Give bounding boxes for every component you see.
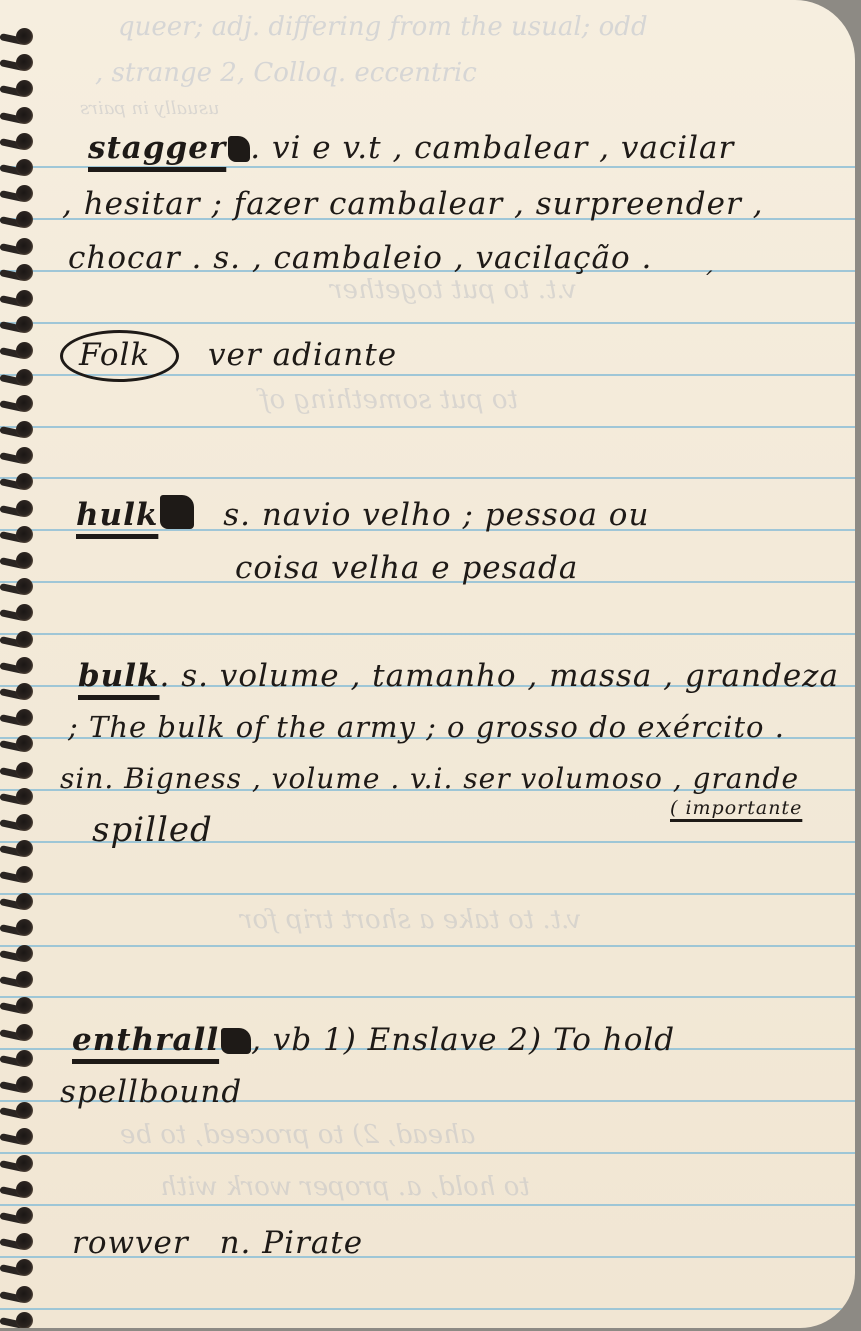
ruled-line <box>0 166 855 168</box>
spiral-ring-icon <box>0 709 40 727</box>
spiral-ring-icon <box>0 997 40 1015</box>
ruled-line <box>0 1204 855 1206</box>
entry-hulk: hulk s. navio velho ; pessoa ou <box>76 495 649 533</box>
spiral-ring-icon <box>0 735 40 753</box>
definition-line: , vb 1) Enslave 2) To hold <box>251 1022 675 1058</box>
spiral-ring-icon <box>0 814 40 832</box>
spiral-ring-icon <box>0 107 40 125</box>
ruled-line <box>0 893 855 895</box>
definition-line: . vi e v.t , cambalear , vacilar <box>250 130 734 166</box>
spiral-ring-icon <box>0 264 40 282</box>
notebook-page: queer; adj. differing from the usual; od… <box>0 0 855 1328</box>
spiral-ring-icon <box>0 1233 40 1251</box>
bleed-through-mirrored: to put something of <box>260 385 518 415</box>
spiral-ring-icon <box>0 395 40 413</box>
spiral-ring-icon <box>0 657 40 675</box>
spiral-ring-icon <box>0 1312 40 1328</box>
headword-circled: Folk <box>60 330 179 382</box>
headword: hulk <box>76 497 158 533</box>
headword: enthrall <box>72 1022 219 1058</box>
definition-line: spellbound <box>60 1074 242 1110</box>
ruled-line <box>0 996 855 998</box>
ruled-line <box>0 322 855 324</box>
spiral-ring-icon <box>0 1128 40 1146</box>
spiral-ring-icon <box>0 526 40 544</box>
definition-line: coisa velha e pesada <box>235 550 578 586</box>
ruled-line <box>0 945 855 947</box>
spiral-ring-icon <box>0 552 40 570</box>
spiral-ring-icon <box>0 1102 40 1120</box>
entry-bulk: bulk. s. volume , tamanho , massa , gran… <box>78 658 839 694</box>
spiral-ring-icon <box>0 762 40 780</box>
bleed-through-line: , strange 2, Colloq. eccentric <box>95 58 477 88</box>
ruled-line <box>0 1152 855 1154</box>
bleed-through-mirrored: to hold, a. proper work with <box>160 1172 530 1202</box>
ruled-line <box>0 426 855 428</box>
bleed-through-mirrored: v.t. to put together <box>330 275 576 305</box>
ruled-line <box>0 477 855 479</box>
bleed-through-line: queer; adj. differing from the usual; od… <box>118 12 648 42</box>
entry-spilled: spilled <box>92 810 213 850</box>
headword: rowver <box>72 1225 189 1261</box>
definition-line: , hesitar ; fazer cambalear , surpreende… <box>62 186 763 222</box>
spiral-ring-icon <box>0 211 40 229</box>
crossed-out-mark <box>221 1028 251 1054</box>
crossed-out-mark <box>228 136 250 162</box>
entry-stagger: stagger. vi e v.t , cambalear , vacilar <box>88 130 734 166</box>
continuation-note: ( importante <box>670 797 802 819</box>
spiral-ring-icon <box>0 447 40 465</box>
definition-line: ver adiante <box>208 337 397 373</box>
spiral-ring-icon <box>0 80 40 98</box>
spiral-ring-icon <box>0 316 40 334</box>
headword: bulk <box>78 658 159 694</box>
spiral-ring-icon <box>0 1207 40 1225</box>
spiral-ring-icon <box>0 185 40 203</box>
definition-line: sin. Bigness , volume . v.i. ser volumos… <box>60 762 799 795</box>
spiral-ring-icon <box>0 54 40 72</box>
accent-mark: ´ <box>700 268 713 296</box>
bleed-through-mirrored: ahead, 2) to proceed, to be <box>120 1120 475 1150</box>
entry-enthrall: enthrall, vb 1) Enslave 2) To hold <box>72 1022 675 1058</box>
spiral-ring-icon <box>0 1024 40 1042</box>
entry-folk: Folk ver adiante <box>60 330 397 382</box>
definition-line: ; The bulk of the army ; o grosso do exé… <box>68 710 785 744</box>
spiral-ring-icon <box>0 631 40 649</box>
definition-line: . s. volume , tamanho , massa , grandeza <box>159 658 839 694</box>
spiral-ring-icon <box>0 342 40 360</box>
spiral-ring-icon <box>0 290 40 308</box>
headword: stagger <box>88 130 226 166</box>
spiral-ring-icon <box>0 578 40 596</box>
spiral-ring-icon <box>0 1286 40 1304</box>
spiral-ring-icon <box>0 893 40 911</box>
spiral-ring-icon <box>0 133 40 151</box>
spiral-ring-icon <box>0 500 40 518</box>
spiral-ring-icon <box>0 604 40 622</box>
spiral-ring-icon <box>0 919 40 937</box>
bleed-through-mirrored: v.t. to take a short trip for <box>240 905 581 935</box>
spiral-ring-icon <box>0 840 40 858</box>
spiral-ring-icon <box>0 473 40 491</box>
spiral-ring-icon <box>0 971 40 989</box>
spiral-ring-icon <box>0 1050 40 1068</box>
spiral-ring-icon <box>0 369 40 387</box>
spiral-ring-icon <box>0 683 40 701</box>
spiral-ring-icon <box>0 866 40 884</box>
spiral-ring-icon <box>0 788 40 806</box>
ruled-line <box>0 1308 855 1310</box>
crossed-out-mark <box>160 495 194 529</box>
spiral-ring-icon <box>0 28 40 46</box>
definition-line: chocar . s. , cambaleio , vacilação . <box>68 240 652 276</box>
headword: spilled <box>92 810 213 850</box>
spiral-ring-icon <box>0 1181 40 1199</box>
spiral-ring-icon <box>0 1076 40 1094</box>
spiral-ring-icon <box>0 945 40 963</box>
spiral-ring-icon <box>0 1155 40 1173</box>
entry-rowver: rowver n. Pirate <box>72 1225 363 1261</box>
ruled-line <box>0 633 855 635</box>
bleed-through-mirrored: usually in pairs <box>80 98 219 119</box>
spiral-ring-icon <box>0 238 40 256</box>
spiral-ring-icon <box>0 421 40 439</box>
definition-line: s. navio velho ; pessoa ou <box>223 497 649 533</box>
spiral-ring-icon <box>0 159 40 177</box>
spiral-ring-icon <box>0 1259 40 1277</box>
definition-line: n. Pirate <box>220 1225 364 1261</box>
